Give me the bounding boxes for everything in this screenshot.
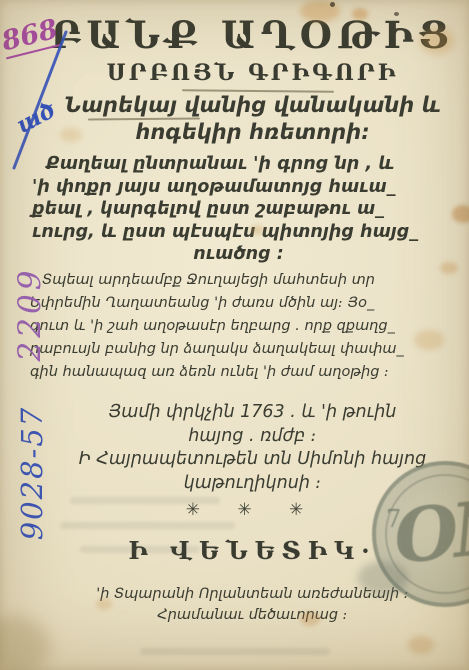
paragraph-line: 'ի փոքր յայս աղօթամատոյց հաւա_ — [32, 176, 445, 199]
paragraph-line: Եփրեմին Ղաղատեանց 'ի ժառս մծին այ։ Յօ_ — [30, 292, 449, 315]
paragraph-line: Քաղեալ ընտրանաւ 'ի գրոց նր , և — [46, 153, 445, 176]
paragraph-line: գուտ և 'ի շահ աղօթասէր եղբարց . որք զքաղ… — [30, 315, 449, 338]
showthrough-line — [60, 522, 235, 529]
handwritten-margin-number-blue: 9028-57 — [15, 391, 49, 555]
book-title-line1: ԲԱՆՔ ԱՂՕԹԻՑ — [36, 13, 469, 57]
book-title-line2: ՍՐԲՈՅՆ ԳՐԻԳՈՐԻ — [36, 60, 469, 86]
stain — [408, 636, 434, 654]
stain — [452, 205, 469, 223]
paragraph-line: գին հանապազ առ ձեռն ունել 'ի ժամ աղօթից … — [30, 361, 449, 384]
paragraph-line: րաբուսյն բանից նր ձաղակս ձաղակեալ փափա_ — [30, 338, 449, 361]
subtitle-line: Նարեկայ վանից վանականի և — [36, 92, 469, 119]
imprint-line: Հրամանաւ մեծաւորաց ։ — [36, 605, 469, 626]
year-of-printing: Յամի փրկչին 1763 . և 'ի թուին հայոց . ռմ… — [36, 400, 469, 448]
speck — [330, 2, 335, 7]
paragraph-line: քեալ , կարգելով ըստ շաբաթու ա_ — [32, 198, 445, 221]
blue-pen-slash — [6, 26, 96, 176]
year-line: հայոց . ռմժբ ։ — [36, 424, 469, 448]
subtitle-line: հոգեկիր հռետորի: — [36, 119, 469, 146]
paragraph-line: Տպեալ արդեամբք Ջուղայեցի մահտեսի տր — [42, 269, 449, 292]
handwritten-margin-number-purple: 2209 — [12, 247, 48, 381]
showthrough-line — [140, 648, 330, 655]
paragraph-line: ուածոց ։ — [32, 243, 445, 266]
patriarch-line: Ի Հայրապետութեն տն Սիմոնի հայոց — [36, 447, 469, 471]
scanned-title-page: ԲԱՆՔ ԱՂՕԹԻՑ ՍՐԲՈՅՆ ԳՐԻԳՈՐԻ Նարեկայ վանից… — [0, 0, 469, 670]
year-line: Յամի փրկչին 1763 . և 'ի թուին — [36, 400, 469, 424]
paragraph-line: ւուրց, և ըստ պէսպէս պիտոյից հայց_ — [32, 221, 445, 244]
paragraph-printing-note: Տպեալ արդեամբք Ջուղայեցի մահտեսի տր Եփրե… — [30, 269, 449, 384]
stamp-smudge — [358, 561, 408, 595]
